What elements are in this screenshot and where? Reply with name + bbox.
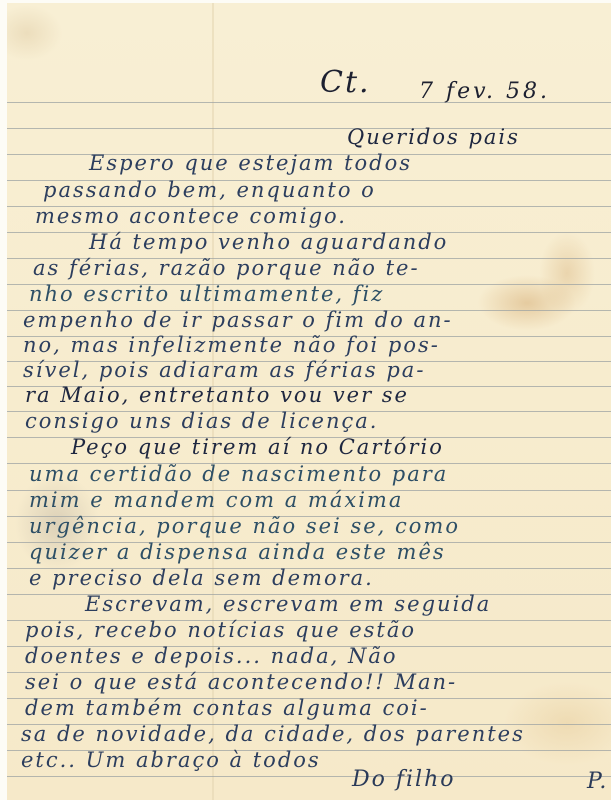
letter-line: quizer a dispensa ainda este mês <box>29 542 446 563</box>
ruled-line <box>7 776 611 777</box>
letter-line: etc.. Um abraço à todos <box>21 750 321 771</box>
letter-line: mim e mandem com a máxima <box>29 490 403 511</box>
letter-line: no, mas infelizmente não foi pos- <box>23 335 440 356</box>
letter-line: e preciso dela sem demora. <box>29 568 374 589</box>
letter-line: as férias, razão porque não te- <box>33 258 420 279</box>
letter-line: nho escrito ultimamente, fiz <box>29 284 384 305</box>
salutation: Queridos pais <box>347 127 520 148</box>
letter-line: empenho de ir passar o fim do an- <box>23 310 453 331</box>
letter-line: Escrevam, escrevam em seguida <box>85 594 491 615</box>
letter-line: Há tempo venho aguardando <box>89 232 448 253</box>
signature: P. <box>587 771 608 793</box>
letter-line: mesmo acontece comigo. <box>35 206 347 227</box>
letter-line: sei o que está acontecendo!! Man- <box>25 672 457 693</box>
ruled-line <box>7 128 611 129</box>
letter-line: sível, pois adiaram as férias pa- <box>23 360 425 381</box>
letter-line: dem também contas alguma coi- <box>25 698 429 719</box>
letter-line: doentes e depois... nada, Não <box>25 646 398 667</box>
letter-line: uma certidão de nascimento para <box>29 464 448 485</box>
letter-line: ra Maio, entretanto vou ver se <box>25 385 409 406</box>
letter-line: pois, recebo notícias que estão <box>25 620 416 641</box>
letter-line: consigo uns dias de licença. <box>25 411 378 432</box>
letter-line: Peço que tirem aí no Cartório <box>71 437 444 458</box>
letter-line: sa de novidade, da cidade, dos parentes <box>21 724 525 745</box>
letter-line: passando bem, enquanto o <box>43 180 376 201</box>
letter-line: urgência, porque não sei se, como <box>29 516 460 537</box>
letter-date: 7 fev. 58. <box>419 81 550 103</box>
letter-line: Espero que estejam todos <box>89 153 412 174</box>
location-abbrev: Ct. <box>320 68 371 98</box>
closing: Do filho <box>352 769 456 791</box>
letter-page: Ct. 7 fev. 58. Queridos pais Espero que … <box>7 3 611 800</box>
